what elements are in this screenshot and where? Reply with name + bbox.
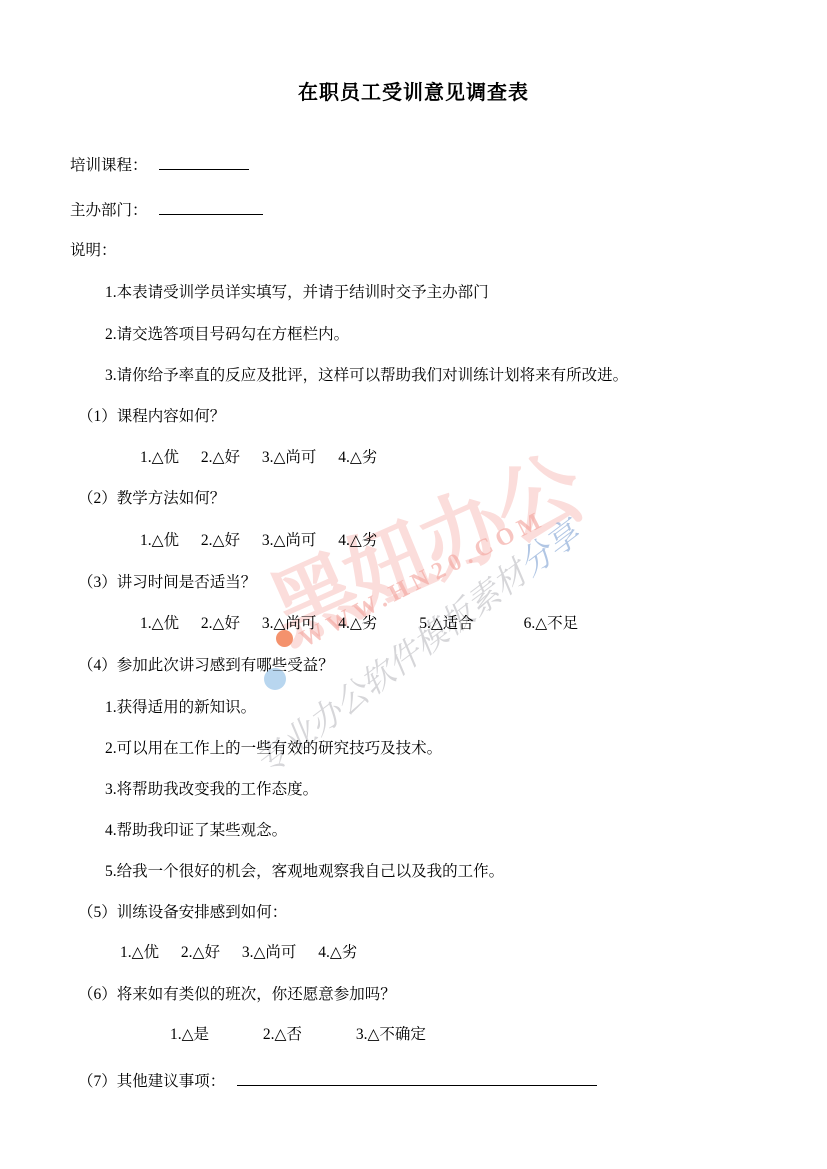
course-field-row: 培训课程：	[70, 155, 249, 175]
watermark-script-highlight: 分享	[513, 516, 587, 584]
question-6-options-row: 1.△是 2.△否 3.△不确定	[170, 1026, 426, 1044]
question-4-item-1: 1.获得适用的新知识。	[105, 699, 256, 717]
instruction-item-1: 1.本表请受训学员详实填写，并请于结训时交予主办部门	[105, 284, 489, 302]
question-4-item-3: 3.将帮助我改变我的工作态度。	[105, 781, 318, 799]
question-5-label: （5）训练设备安排感到如何：	[78, 904, 287, 922]
option-triangle[interactable]: 5.△适合	[419, 615, 474, 632]
option-triangle[interactable]: 3.△不确定	[356, 1026, 426, 1043]
option-triangle[interactable]: 3.△尚可	[262, 615, 317, 632]
course-field-blank[interactable]	[159, 155, 249, 170]
question-4-item-4: 4.帮助我印证了某些观念。	[105, 822, 287, 840]
option-triangle[interactable]: 3.△尚可	[262, 449, 317, 466]
instruction-item-2: 2.请交选答项目号码勾在方框栏内。	[105, 326, 349, 344]
option-triangle[interactable]: 2.△好	[181, 944, 220, 961]
instruction-item-3: 3.请你给予率直的反应及批评，这样可以帮助我们对训练计划将来有所改进。	[105, 367, 628, 385]
question-4-item-2: 2.可以用在工作上的一些有效的研究技巧及技术。	[105, 740, 442, 758]
suggestion-field-blank[interactable]	[237, 1071, 597, 1086]
option-triangle[interactable]: 4.△劣	[338, 532, 377, 549]
option-triangle[interactable]: 3.△尚可	[242, 944, 297, 961]
option-triangle[interactable]: 1.△优	[140, 449, 179, 466]
question-2-label: （2）教学方法如何？	[78, 490, 225, 508]
question-3-options-row: 1.△优 2.△好 3.△尚可 4.△劣 5.△适合 6.△不足	[140, 615, 578, 633]
option-triangle[interactable]: 1.△是	[170, 1026, 209, 1043]
question-1-label: （1）课程内容如何？	[78, 408, 225, 426]
question-4-label: （4）参加此次讲习感到有哪些受益？	[78, 657, 334, 675]
department-field-blank[interactable]	[159, 200, 263, 215]
instructions-heading: 说明：	[70, 242, 117, 260]
option-triangle[interactable]: 4.△劣	[338, 449, 377, 466]
option-triangle[interactable]: 4.△劣	[318, 944, 357, 961]
question-4-item-5: 5.给我一个很好的机会，客观地观察我自己以及我的工作。	[105, 863, 504, 881]
option-triangle[interactable]: 2.△好	[201, 532, 240, 549]
question-1-options-row: 1.△优 2.△好 3.△尚可 4.△劣	[140, 449, 377, 467]
question-3-label: （3）讲习时间是否适当？	[78, 574, 256, 592]
question-2-options-row: 1.△优 2.△好 3.△尚可 4.△劣	[140, 532, 377, 550]
page-title: 在职员工受训意见调查表	[0, 84, 827, 102]
question-6-label: （6）将来如有类似的班次，你还愿意参加吗？	[78, 986, 396, 1004]
question-7-label: （7）其他建议事项：	[78, 1073, 225, 1090]
option-triangle[interactable]: 2.△否	[263, 1026, 302, 1043]
option-triangle[interactable]: 6.△不足	[524, 615, 579, 632]
option-triangle[interactable]: 1.△优	[120, 944, 159, 961]
question-7-row: （7）其他建议事项：	[78, 1071, 597, 1091]
question-5-options-row: 1.△优 2.△好 3.△尚可 4.△劣	[120, 944, 357, 962]
department-field-label: 主办部门：	[70, 202, 148, 219]
option-triangle[interactable]: 2.△好	[201, 615, 240, 632]
option-triangle[interactable]: 1.△优	[140, 532, 179, 549]
course-field-label: 培训课程：	[70, 157, 148, 174]
survey-form-page: 黑妞办公 WWW.HN20.COM 专业办公软件模板素材分享 在职员工受训意见调…	[0, 0, 827, 1169]
option-triangle[interactable]: 2.△好	[201, 449, 240, 466]
department-field-row: 主办部门：	[70, 200, 263, 220]
option-triangle[interactable]: 1.△优	[140, 615, 179, 632]
option-triangle[interactable]: 3.△尚可	[262, 532, 317, 549]
option-triangle[interactable]: 4.△劣	[338, 615, 377, 632]
